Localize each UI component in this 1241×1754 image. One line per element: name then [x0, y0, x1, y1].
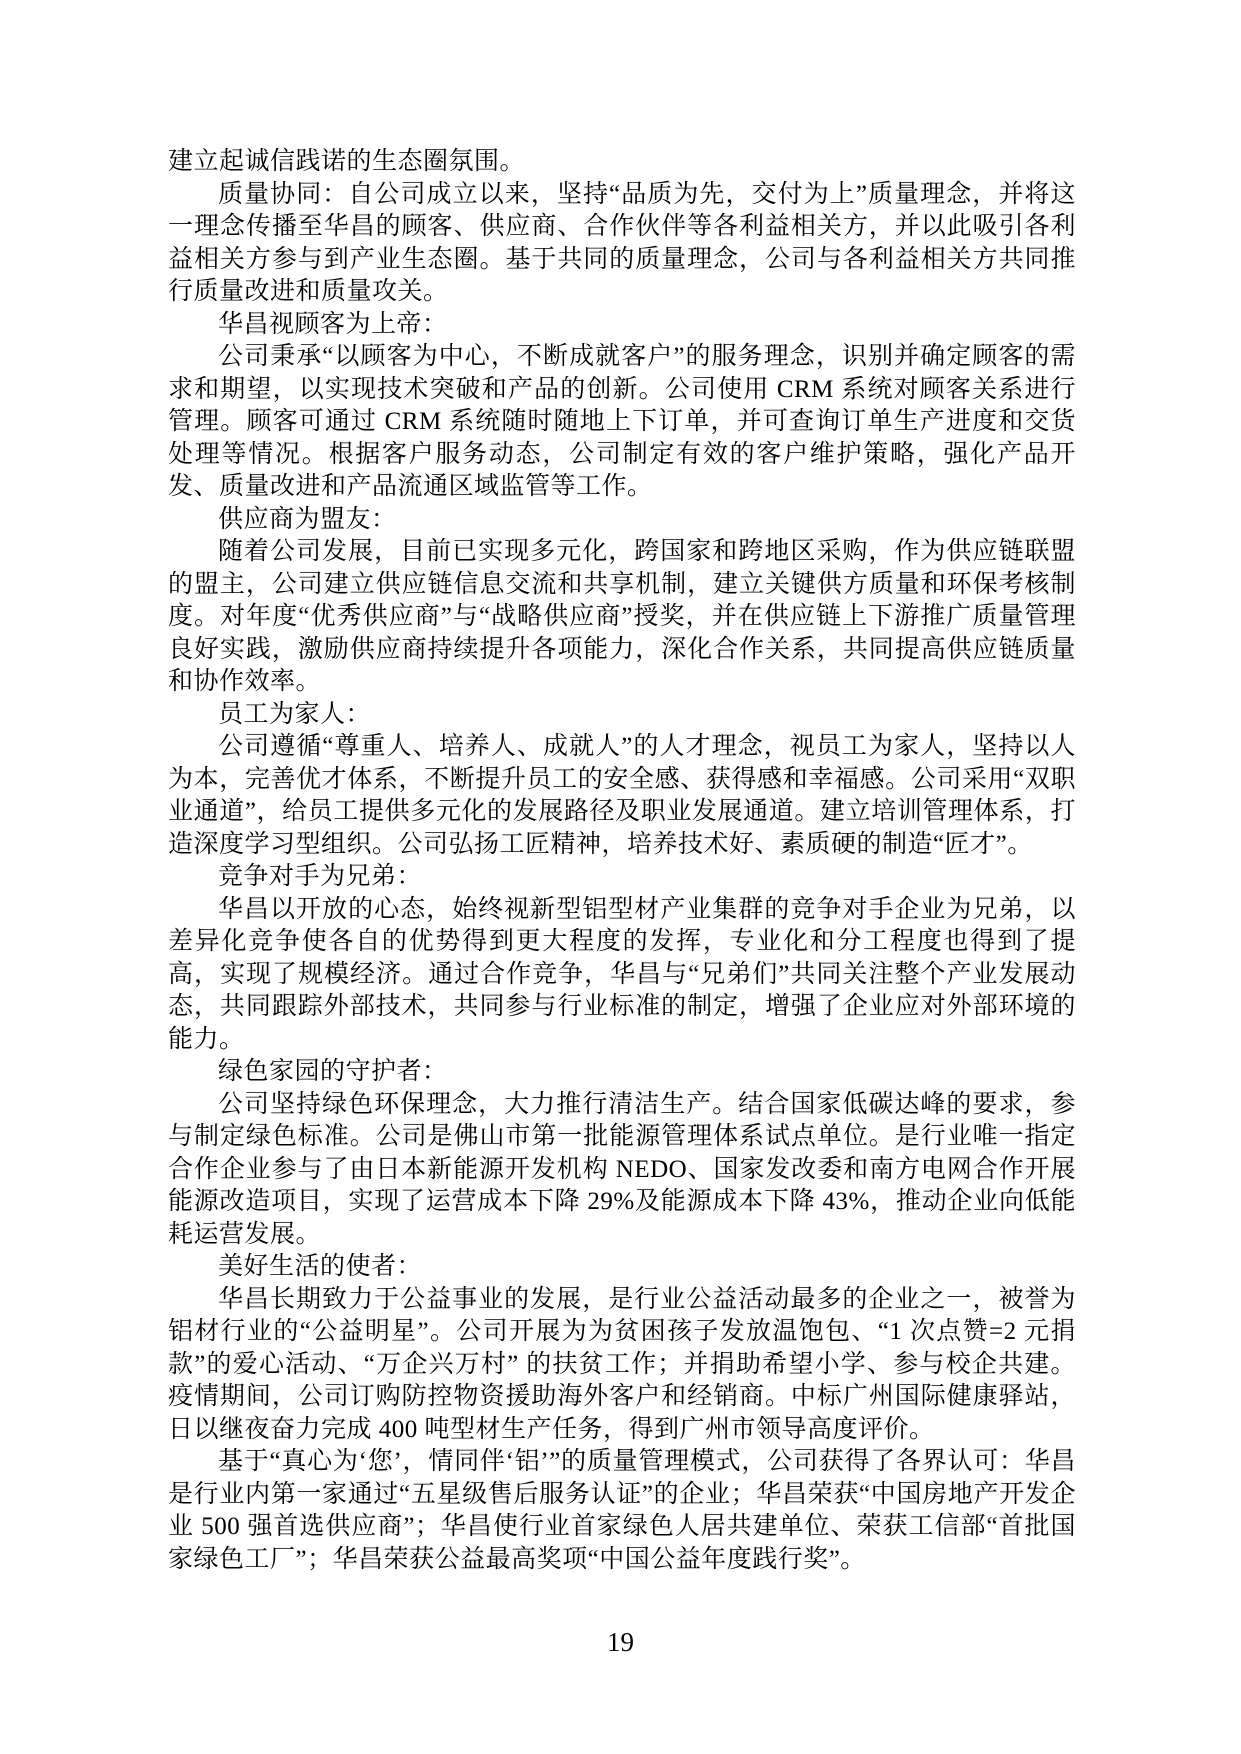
- document-body: 建立起诚信践诺的生态圈氛围。质量协同：自公司成立以来，坚持“品质为先，交付为上”…: [168, 146, 1076, 1576]
- paragraph: 基于“真心为‘您’，情同伴‘铝’”的质量管理模式，公司获得了各界认可：华昌是行业…: [168, 1446, 1076, 1576]
- paragraph: 公司坚持绿色环保理念，大力推行清洁生产。结合国家低碳达峰的要求，参与制定绿色标准…: [168, 1089, 1076, 1252]
- section-heading: 竞争对手为兄弟：: [168, 861, 1076, 894]
- section-heading: 美好生活的使者：: [168, 1251, 1076, 1284]
- section-heading: 华昌视顾客为上帝：: [168, 309, 1076, 342]
- page-number: 19: [0, 1626, 1241, 1658]
- section-heading: 供应商为盟友：: [168, 504, 1076, 537]
- paragraph: 随着公司发展，目前已实现多元化，跨国家和跨地区采购，作为供应链联盟的盟主，公司建…: [168, 536, 1076, 699]
- paragraph: 公司秉承“以顾客为中心，不断成就客户”的服务理念，识别并确定顾客的需求和期望，以…: [168, 341, 1076, 504]
- paragraph: 建立起诚信践诺的生态圈氛围。: [168, 146, 1076, 179]
- document-page: 建立起诚信践诺的生态圈氛围。质量协同：自公司成立以来，坚持“品质为先，交付为上”…: [0, 0, 1241, 1754]
- paragraph: 华昌长期致力于公益事业的发展，是行业公益活动最多的企业之一，被誉为铝材行业的“公…: [168, 1284, 1076, 1447]
- section-heading: 员工为家人：: [168, 699, 1076, 732]
- section-heading: 绿色家园的守护者：: [168, 1056, 1076, 1089]
- paragraph: 质量协同：自公司成立以来，坚持“品质为先，交付为上”质量理念，并将这一理念传播至…: [168, 179, 1076, 309]
- paragraph: 华昌以开放的心态，始终视新型铝型材产业集群的竞争对手企业为兄弟，以差异化竞争使各…: [168, 894, 1076, 1057]
- paragraph: 公司遵循“尊重人、培养人、成就人”的人才理念，视员工为家人，坚持以人为本，完善优…: [168, 731, 1076, 861]
